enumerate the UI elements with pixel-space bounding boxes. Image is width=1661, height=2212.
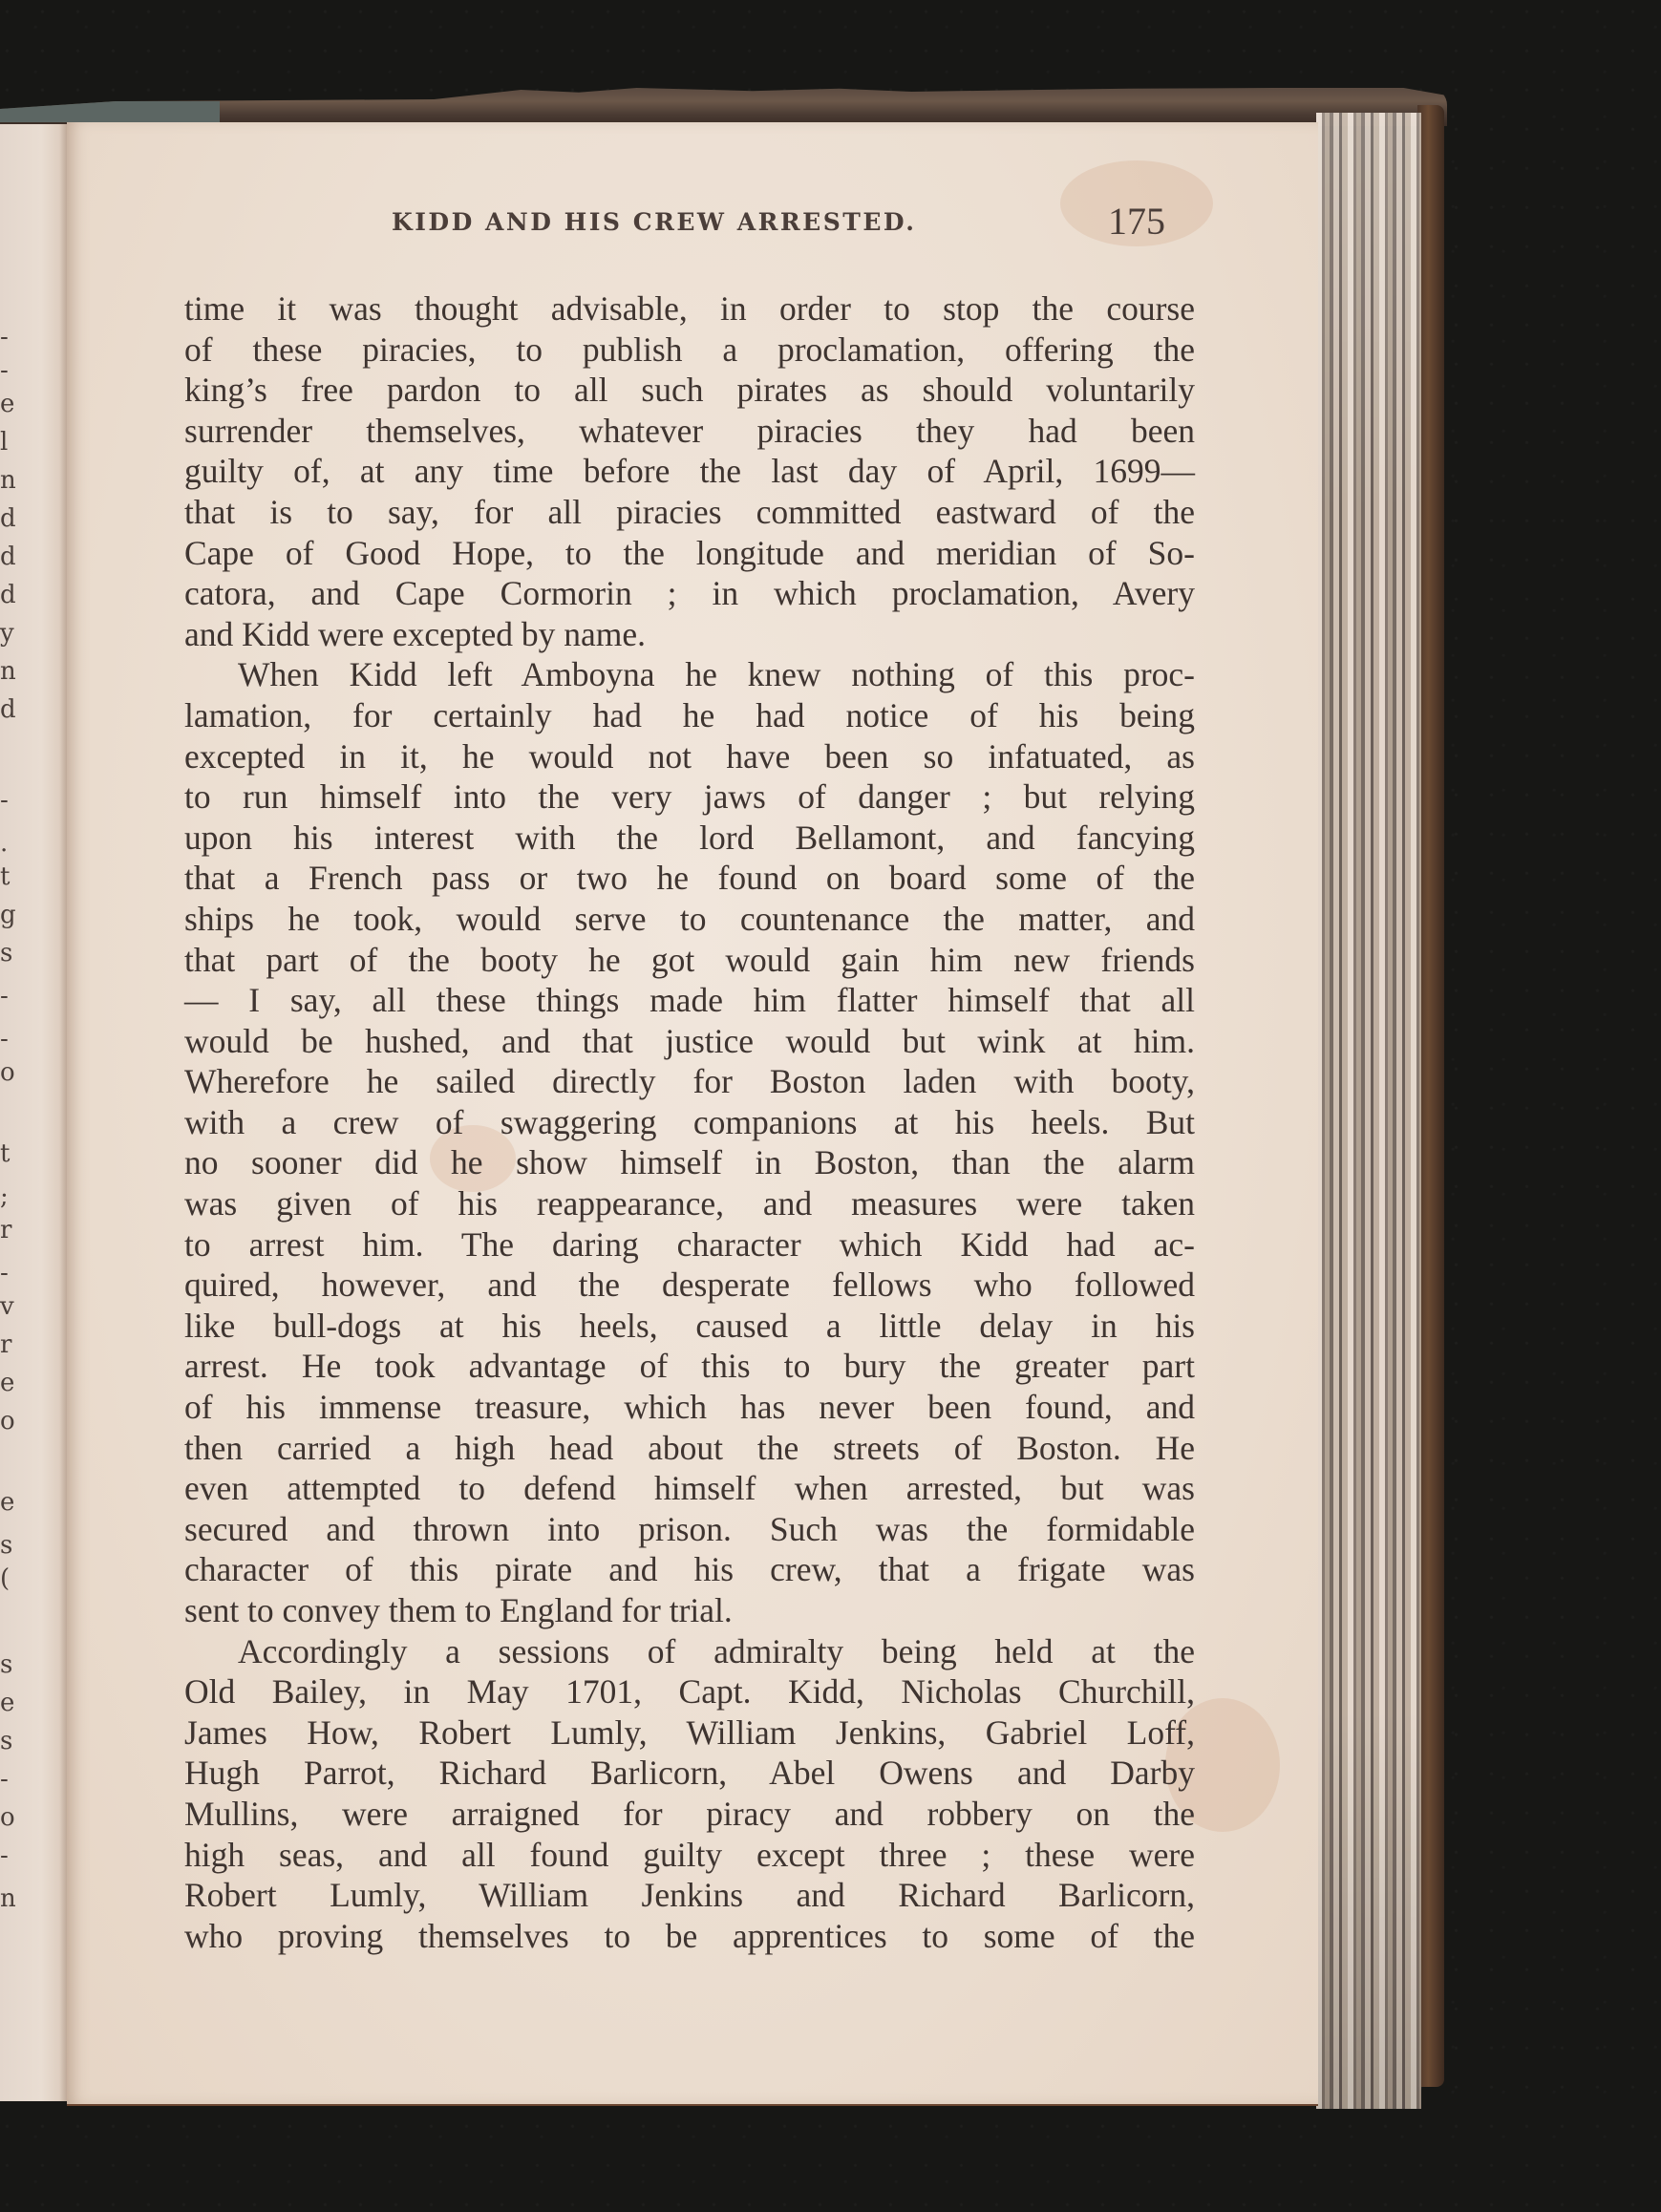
facing-page-fragment: - [0,1767,9,1792]
text-line: like bull-dogs at his heels, caused a li… [184,1306,1195,1347]
facing-page-fragment: o [0,1060,15,1085]
text-line: character of this pirate and his crew, t… [184,1549,1195,1590]
facing-page-fragment: s [0,941,12,966]
text-line: would be hushed, and that justice would … [184,1021,1195,1062]
facing-page-fragment: t [0,864,10,889]
text-line: Wherefore he sailed directly for Boston … [184,1061,1195,1102]
facing-page-fragment: e [0,392,14,416]
text-line: ships he took, would serve to countenanc… [184,899,1195,940]
facing-page-fragment: v [0,1294,14,1319]
text-line: of these piracies, to publish a proclama… [184,330,1195,371]
text-line: time it was thought advisable, in order … [184,288,1195,330]
text-line: upon his interest with the lord Bellamon… [184,818,1195,859]
text-line: James How, Robert Lumly, William Jenkins… [184,1712,1195,1754]
text-line: Cape of Good Hope, to the longitude and … [184,533,1195,574]
text-line: then carried a high head about the stree… [184,1428,1195,1469]
text-line: Hugh Parrot, Richard Barlicorn, Abel Owe… [184,1753,1195,1794]
facing-page-fragment: - [0,325,9,350]
page-fore-edge-stack [1316,113,1421,2109]
text-line: that is to say, for all piracies committ… [184,492,1195,533]
text-line: arrest. He took advantage of this to bur… [184,1346,1195,1387]
facing-page-fragment: d [0,697,16,722]
text-line: catora, and Cape Cormorin ; in which pro… [184,573,1195,614]
facing-page-fragment: n [0,468,16,493]
body-text: time it was thought advisable, in order … [184,288,1195,1956]
text-line: with a crew of swaggering companions at … [184,1102,1195,1143]
facing-page-fragment: e [0,1490,14,1515]
text-line: and Kidd were excepted by name. [184,614,1195,655]
text-line: Robert Lumly, William Jenkins and Richar… [184,1875,1195,1916]
facing-page-fragment: l [0,430,8,455]
text-line: Old Bailey, in May 1701, Capt. Kidd, Nic… [184,1671,1195,1712]
text-line: guilty of, at any time before the last d… [184,451,1195,492]
facing-page-fragment: t [0,1141,10,1166]
text-line: to run himself into the very jaws of dan… [184,776,1195,818]
book-cover-right-edge [1417,105,1444,2087]
text-line: Mullins, were arraigned for piracy and r… [184,1794,1195,1835]
facing-page-fragment: d [0,506,16,531]
facing-page-fragment: e [0,1691,14,1715]
text-line: was given of his reappearance, and measu… [184,1183,1195,1224]
text-line: no sooner did he show himself in Boston,… [184,1142,1195,1183]
facing-page-fragment: - [0,1027,9,1052]
text-line: Accordingly a sessions of admiralty bein… [184,1631,1195,1672]
facing-page-fragment: d [0,544,16,569]
running-head: KIDD AND HIS CREW ARRESTED. [392,208,1175,236]
text-line: quired, however, and the desperate fello… [184,1265,1195,1306]
facing-page-fragment: - [0,358,9,383]
text-line: sent to convey them to England for trial… [184,1590,1195,1631]
text-line: that a French pass or two he found on bo… [184,858,1195,899]
text-line: even attempted to defend himself when ar… [184,1468,1195,1509]
text-line: king’s free pardon to all such pirates a… [184,370,1195,411]
text-line: high seas, and all found guilty except t… [184,1835,1195,1876]
facing-page-fragment: s [0,1652,12,1677]
facing-page-fragment: r [0,1332,11,1357]
text-line: that part of the booty he got would gain… [184,940,1195,981]
facing-page-fragment: n [0,1886,16,1911]
facing-page-fragment: o [0,1805,15,1830]
text-line: surrender themselves, whatever piracies … [184,411,1195,452]
text-line: to arrest him. The daring character whic… [184,1224,1195,1266]
facing-page-fragment: y [0,621,14,646]
facing-page-fragment: . [0,831,8,856]
facing-page-left: --elndddynd-.tgs--ot;r-vreoes(ses-o-n [0,124,69,2101]
facing-page-fragment: - [0,1843,9,1868]
text-line: who proving themselves to be apprentices… [184,1916,1195,1957]
facing-page-fragment: ( [0,1566,10,1591]
facing-page-fragment: - [0,1261,9,1286]
facing-page-fragment: d [0,583,16,607]
facing-page-fragment: e [0,1371,14,1395]
text-line: secured and thrown into prison. Such was… [184,1509,1195,1550]
text-line: lamation, for certainly had he had notic… [184,695,1195,736]
facing-page-fragment: r [0,1218,11,1243]
facing-page-fragment: o [0,1409,15,1434]
facing-page-fragment: n [0,659,16,684]
text-line: of his immense treasure, which has never… [184,1387,1195,1428]
facing-page-fragment: g [0,903,16,927]
text-line: When Kidd left Amboyna he knew nothing o… [184,654,1195,695]
facing-page-fragment: s [0,1729,12,1754]
text-line: — I say, all these things made him flatt… [184,980,1195,1021]
facing-page-fragment: - [0,788,9,813]
facing-page-fragment: s [0,1533,12,1558]
page-number: 175 [1108,199,1165,244]
facing-page-fragment: ; [0,1184,9,1209]
text-line: excepted in it, he would not have been s… [184,736,1195,777]
facing-page-fragment: - [0,984,9,1009]
